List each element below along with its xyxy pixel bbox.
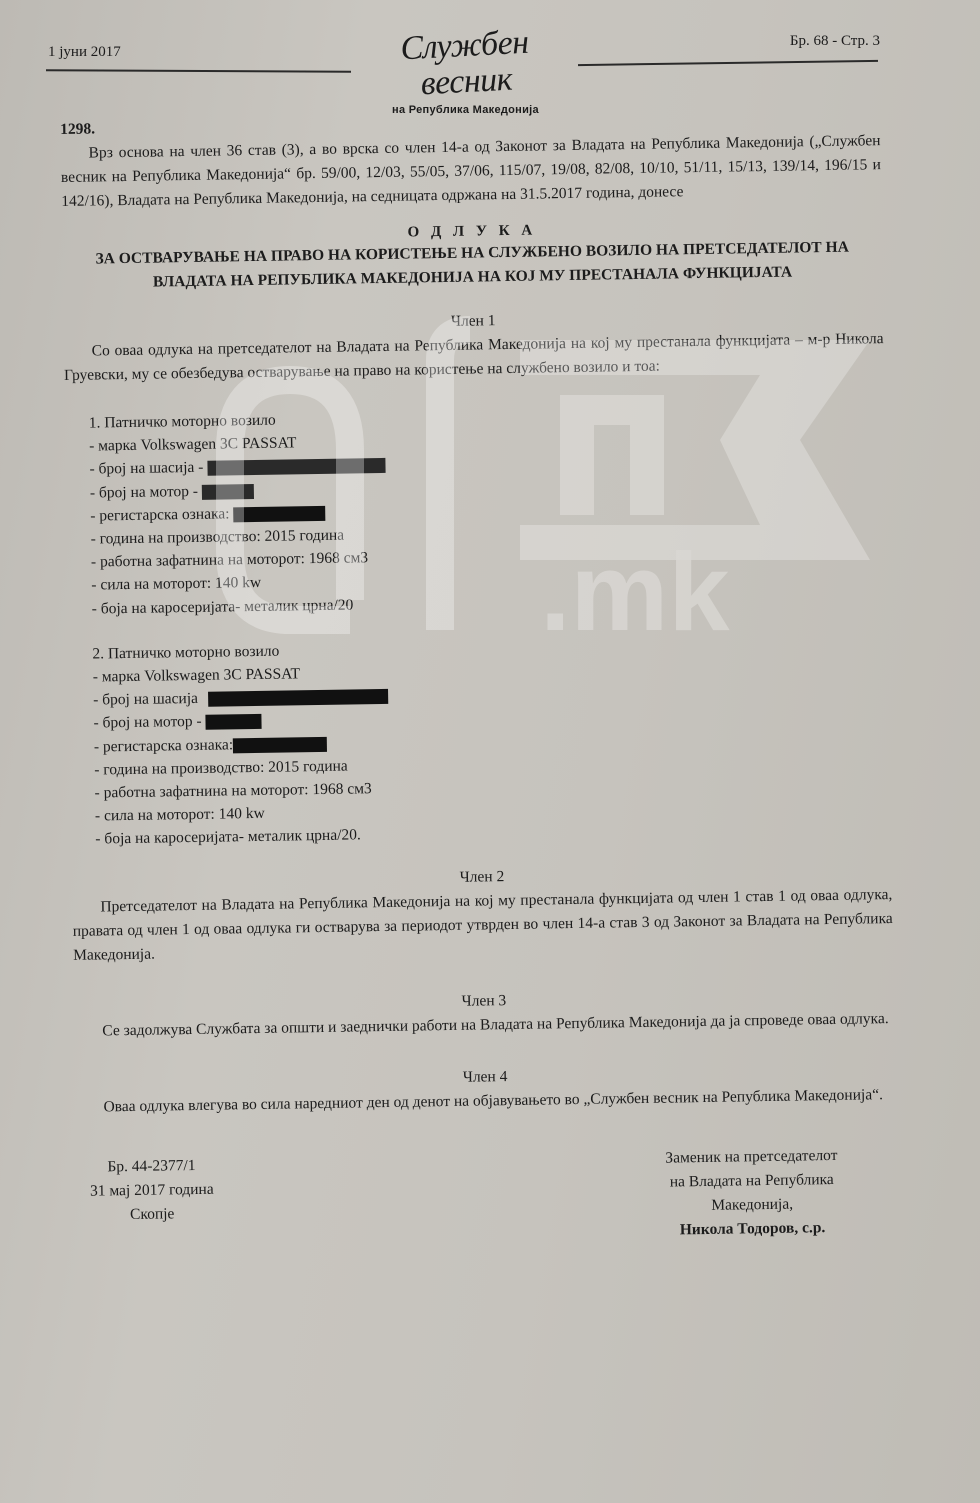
masthead: Службен весник на Република Македонија [358, 28, 573, 116]
redaction-bar [207, 458, 385, 476]
redaction-bar [233, 736, 327, 752]
chassis-label: - број на шасија [93, 690, 198, 709]
redaction-bar [233, 506, 325, 522]
reference-block: Бр. 44-2377/1 31 мај 2017 година Скопје [76, 1153, 227, 1251]
engine-label: - број на мотор - [90, 482, 198, 501]
redaction-bar [208, 689, 388, 707]
preamble: Врз основа на член 36 став (3), а во врс… [60, 129, 881, 214]
vehicle-1: 1. Патничко моторно возило - марка Volks… [89, 399, 888, 620]
vehicle-list: 1. Патничко моторно возило - марка Volks… [89, 399, 892, 851]
redaction-bar [206, 714, 262, 730]
issue-date: 1 јуни 2017 [48, 44, 121, 61]
vehicle-2: 2. Патничко моторно возило - марка Volks… [92, 630, 891, 851]
document-footer: Бр. 44-2377/1 31 мај 2017 година Скопје … [76, 1143, 897, 1252]
article-2-text: Претседателот на Владата на Република Ма… [72, 883, 893, 968]
engine-label: - број на мотор - [93, 713, 201, 732]
signatory-name: Никола Тодоров, с.р. [627, 1215, 877, 1243]
document-page: 1 јуни 2017 Службен весник на Република … [0, 0, 980, 1503]
issue-page-number: Бр. 68 - Стр. 3 [790, 33, 880, 50]
reference-place: Скопје [77, 1201, 227, 1227]
header-rule-right [578, 60, 878, 66]
reference-date: 31 мај 2017 година [77, 1177, 227, 1203]
masthead-title: Службен весник [356, 22, 574, 105]
document-body: 1298. Врз основа на член 36 став (3), а … [60, 105, 898, 1251]
plate-label: - регистарска ознака: [90, 505, 230, 524]
chassis-label: - број на шасија - [89, 459, 203, 478]
reference-number: Бр. 44-2377/1 [76, 1153, 226, 1179]
decision-title: О Д Л У К А ЗА ОСТВАРУВАЊЕ НА ПРАВО НА К… [62, 215, 883, 296]
redaction-bar [202, 484, 254, 500]
plate-label: - регистарска ознака: [94, 736, 234, 755]
signature-block: Заменик на претседателот на Владата на Р… [626, 1143, 877, 1243]
header-rule-left [46, 69, 351, 72]
